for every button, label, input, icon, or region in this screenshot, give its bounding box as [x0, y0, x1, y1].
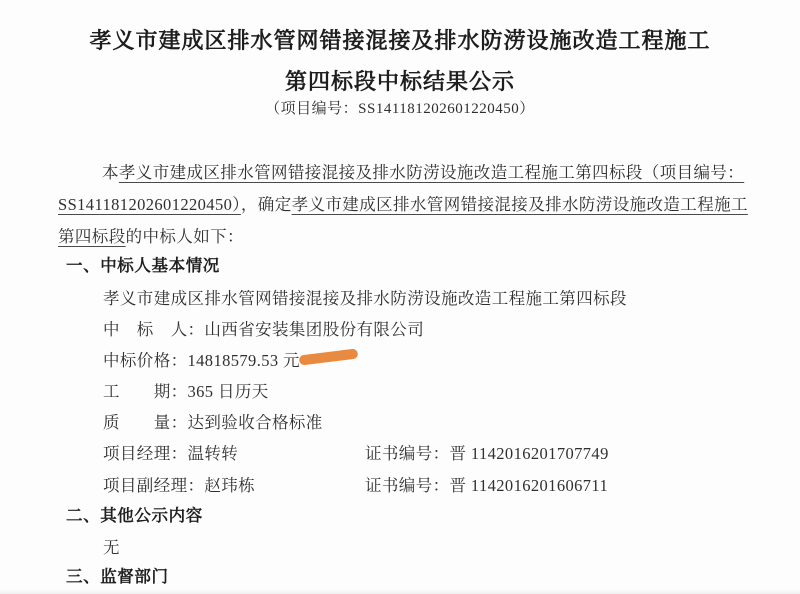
intro-line1-prefix: 本: [102, 163, 119, 182]
deputy-manager-row: 项目副经理：赵玮栋证书编号：晋 1142016201606711: [103, 476, 255, 497]
winner-row: 中 标 人：山西省安装集团股份有限公司: [103, 320, 424, 341]
document-title-line2: 第四标段中标结果公示: [0, 68, 800, 96]
manager-cert-value: 晋 1142016201707749: [450, 444, 609, 463]
intro-line2-plain: ，确定: [241, 195, 292, 214]
quality-label: 质 量：: [103, 413, 188, 432]
section2-content-text: 无: [103, 538, 120, 557]
duration-value: 365 日历天: [188, 382, 269, 401]
winner-value: 山西省安装集团股份有限公司: [204, 320, 424, 339]
section1-heading: 一、中标人基本情况: [66, 256, 220, 277]
section3-heading: 三、监督部门: [66, 567, 169, 588]
project-number-line: （项目编号：SS141181202601220450）: [0, 100, 800, 119]
price-row: 中标价格：14818579.53 元: [103, 351, 300, 372]
manager-row: 项目经理：温转转证书编号：晋 1142016201707749: [103, 444, 238, 465]
orange-highlight-mark: [299, 348, 359, 365]
bid-section-name-row: 孝义市建成区排水管网错接混接及排水防涝设施改造工程施工第四标段: [103, 289, 627, 310]
section2-content: 无: [103, 538, 120, 559]
intro-line3-underlined: 第四标段: [58, 227, 126, 246]
manager-cert-label: 证书编号：: [365, 444, 450, 463]
intro-line3-plain: 的中标人如下：: [126, 227, 244, 246]
manager-value: 温转转: [188, 444, 239, 463]
document-page: 孝义市建成区排水管网错接混接及排水防涝设施改造工程施工 第四标段中标结果公示 （…: [0, 0, 800, 594]
intro-line-3: 第四标段的中标人如下：: [58, 227, 244, 248]
intro-line-2: SS141181202601220450），确定孝义市建成区排水管网错接混接及排…: [58, 195, 748, 216]
deputy-cert: 证书编号：晋 1142016201606711: [365, 476, 608, 497]
price-label: 中标价格：: [103, 351, 188, 370]
section2-heading: 二、其他公示内容: [66, 506, 203, 527]
quality-value: 达到验收合格标准: [188, 413, 323, 432]
deputy-label: 项目副经理：: [103, 476, 204, 495]
manager-cert: 证书编号：晋 1142016201707749: [365, 444, 609, 465]
deputy-value: 赵玮栋: [204, 476, 255, 495]
deputy-cert-label: 证书编号：: [365, 476, 450, 495]
intro-line1-underlined: 孝义市建成区排水管网错接混接及排水防涝设施改造工程施工第四标段（项目编号：: [119, 163, 744, 182]
intro-line-1: 本孝义市建成区排水管网错接混接及排水防涝设施改造工程施工第四标段（项目编号：: [102, 163, 744, 184]
bid-section-name: 孝义市建成区排水管网错接混接及排水防涝设施改造工程施工第四标段: [103, 289, 627, 308]
price-value: 14818579.53 元: [188, 351, 300, 370]
scan-bottom-artifact: [0, 589, 800, 594]
manager-label: 项目经理：: [103, 444, 188, 463]
duration-label: 工 期：: [103, 382, 188, 401]
document-title-line1: 孝义市建成区排水管网错接混接及排水防涝设施改造工程施工: [0, 27, 800, 55]
intro-line2-underlined-a: SS141181202601220450）: [58, 195, 241, 214]
quality-row: 质 量：达到验收合格标准: [103, 413, 323, 434]
winner-label: 中 标 人：: [103, 320, 204, 339]
deputy-cert-value: 晋 1142016201606711: [450, 476, 609, 495]
duration-row: 工 期：365 日历天: [103, 382, 269, 403]
intro-line2-underlined-b: 孝义市建成区排水管网错接混接及排水防涝设施改造工程施工: [292, 195, 748, 214]
